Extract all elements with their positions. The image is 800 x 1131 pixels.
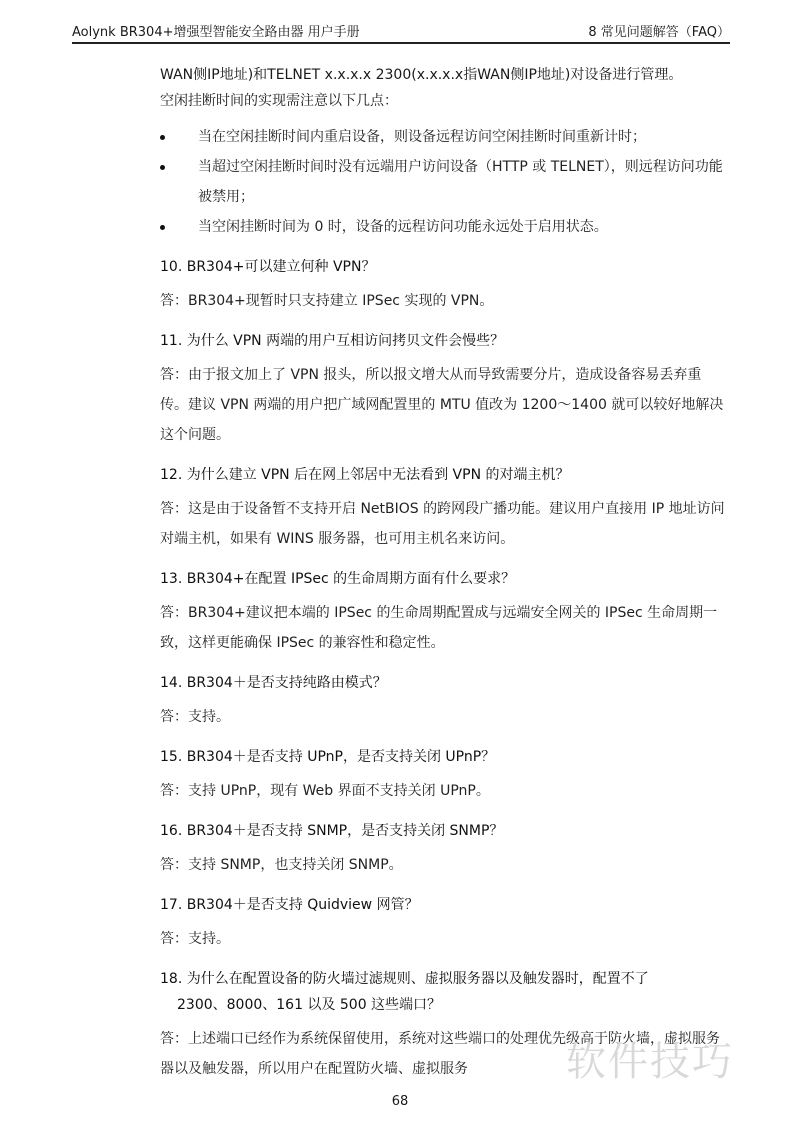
faq-question: 13. BR304+在配置 IPSec 的生命周期方面有什么要求？	[160, 566, 728, 592]
faq-answer: 答：BR304+现暂时只支持建立 IPSec 实现的 VPN。	[160, 286, 728, 316]
faq-item: 11. 为什么 VPN 两端的用户互相访问拷贝文件会慢些？ 答：由于报文加上了 …	[160, 328, 728, 450]
intro-line-2: 空闲挂断时间的实现需注意以下几点：	[160, 88, 728, 114]
faq-item: 10. BR304+可以建立何种 VPN？ 答：BR304+现暂时只支持建立 I…	[160, 254, 728, 316]
bullet-item: 当在空闲挂断时间内重启设备，则设备远程访问空闲挂断时间重新计时；	[0, 122, 728, 152]
header-chapter: 8 常见问题解答（FAQ）	[588, 21, 730, 40]
page-header: Aolynk BR304+增强型智能安全路由器 用户手册 8 常见问题解答（FA…	[72, 20, 730, 44]
faq-question: 17. BR304＋是否支持 Quidview 网管？	[160, 892, 728, 918]
faq-answer: 答：这是由于设备暂不支持开启 NetBIOS 的跨网段广播功能。建议用户直接用 …	[160, 494, 728, 554]
faq-question: 18. 为什么在配置设备的防火墙过滤规则、虚拟服务器以及触发器时，配置不了 23…	[160, 966, 728, 1018]
header-title: Aolynk BR304+增强型智能安全路由器 用户手册	[72, 21, 360, 40]
faq-question: 15. BR304＋是否支持 UPnP，是否支持关闭 UPnP？	[160, 744, 728, 770]
bullet-icon	[160, 225, 165, 230]
faq-item: 12. 为什么建立 VPN 后在网上邻居中无法看到 VPN 的对端主机？ 答：这…	[160, 462, 728, 554]
faq-item: 14. BR304＋是否支持纯路由模式？ 答：支持。	[160, 670, 728, 732]
faq-question: 12. 为什么建立 VPN 后在网上邻居中无法看到 VPN 的对端主机？	[160, 462, 728, 488]
bullet-icon	[160, 135, 165, 140]
faq-answer: 答：支持。	[160, 924, 728, 954]
faq-item: 16. BR304＋是否支持 SNMP，是否支持关闭 SNMP？ 答：支持 SN…	[160, 818, 728, 880]
page-content: WAN侧IP地址)和TELNET x.x.x.x 2300(x.x.x.x指WA…	[160, 62, 728, 1090]
faq-question: 16. BR304＋是否支持 SNMP，是否支持关闭 SNMP？	[160, 818, 728, 844]
faq-question: 10. BR304+可以建立何种 VPN？	[160, 254, 728, 280]
faq-answer: 答：支持。	[160, 702, 728, 732]
faq-answer: 答：由于报文加上了 VPN 报头，所以报文增大从而导致需要分片，造成设备容易丢弃…	[160, 360, 728, 450]
faq-item: 15. BR304＋是否支持 UPnP，是否支持关闭 UPnP？ 答：支持 UP…	[160, 744, 728, 806]
faq-answer: 答：支持 UPnP，现有 Web 界面不支持关闭 UPnP。	[160, 776, 728, 806]
faq-question: 14. BR304＋是否支持纯路由模式？	[160, 670, 728, 696]
faq-item: 13. BR304+在配置 IPSec 的生命周期方面有什么要求？ 答：BR30…	[160, 566, 728, 658]
bullet-item: 当空闲挂断时间为 0 时，设备的远程访问功能永远处于启用状态。	[0, 212, 728, 242]
faq-item: 17. BR304＋是否支持 Quidview 网管？ 答：支持。	[160, 892, 728, 954]
bullet-item: 当超过空闲挂断时间时没有远端用户访问设备（HTTP 或 TELNET），则远程访…	[0, 152, 728, 212]
faq-answer: 答：BR304+建议把本端的 IPSec 的生命周期配置成与远端安全网关的 IP…	[160, 598, 728, 658]
watermark: 软件技巧	[566, 1030, 734, 1087]
page-number: 68	[0, 1094, 800, 1109]
faq-question: 11. 为什么 VPN 两端的用户互相访问拷贝文件会慢些？	[160, 328, 728, 354]
bullet-icon	[160, 165, 165, 170]
intro-line-1: WAN侧IP地址)和TELNET x.x.x.x 2300(x.x.x.x指WA…	[160, 62, 728, 88]
bullet-list: 当在空闲挂断时间内重启设备，则设备远程访问空闲挂断时间重新计时； 当超过空闲挂断…	[160, 122, 728, 242]
faq-answer: 答：支持 SNMP，也支持关闭 SNMP。	[160, 850, 728, 880]
